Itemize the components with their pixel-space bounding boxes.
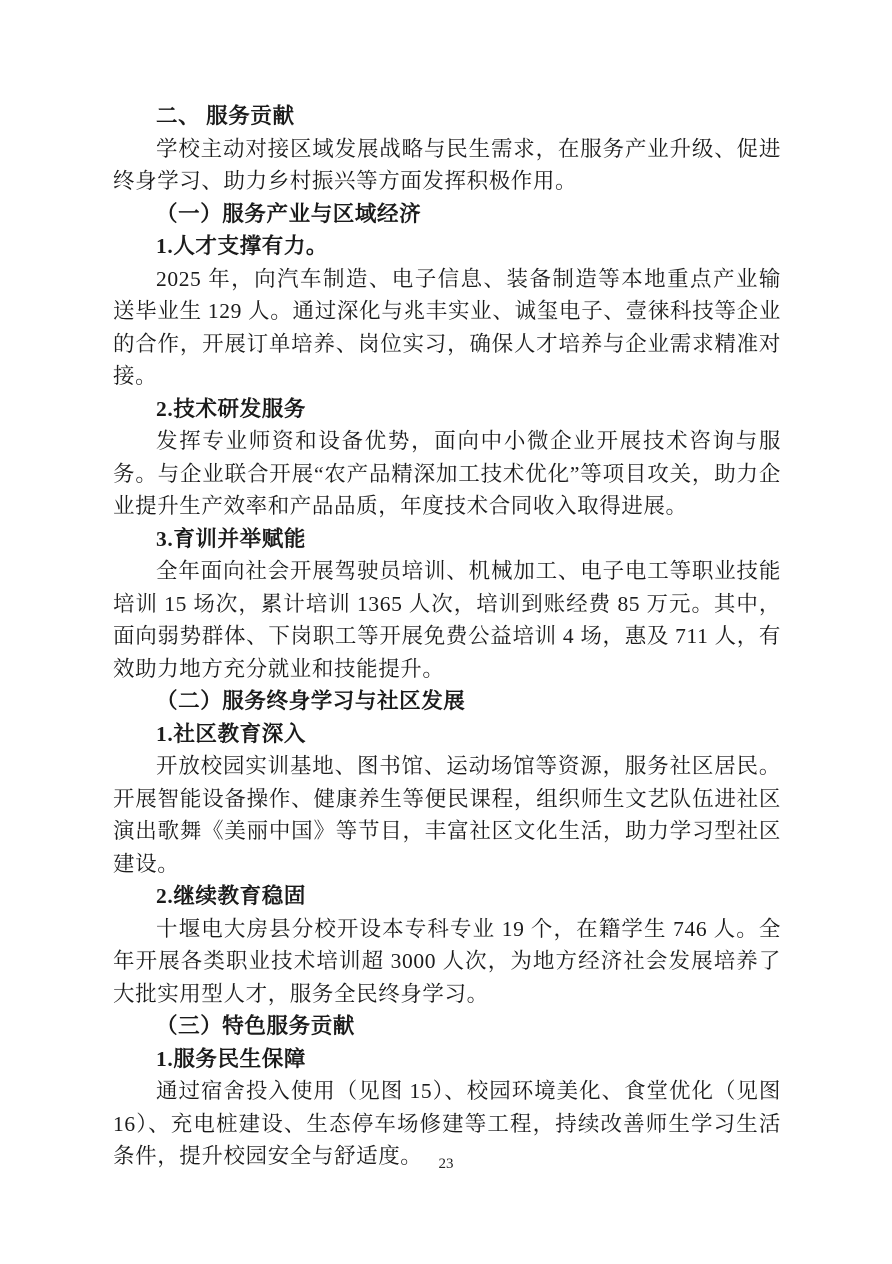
paragraph-3: 发挥专业师资和设备优势，面向中小微企业开展技术咨询与服务。与企业联合开展“农产品… (113, 425, 781, 523)
heading-8: 2.继续教育稳固 (113, 880, 781, 913)
paragraph-2: 2025 年，向汽车制造、电子信息、装备制造等本地重点产业输送毕业生 129 人… (113, 263, 781, 393)
heading-6: （二）服务终身学习与社区发展 (113, 685, 781, 718)
document-page: 二、 服务贡献学校主动对接区域发展战略与民生需求，在服务产业升级、促进终身学习、… (0, 0, 892, 1264)
heading-7: 1.社区教育深入 (113, 718, 781, 751)
page-number: 23 (0, 1156, 892, 1173)
paragraph-1: 学校主动对接区域发展战略与民生需求，在服务产业升级、促进终身学习、助力乡村振兴等… (113, 133, 781, 198)
heading-9: （三）特色服务贡献 (113, 1010, 781, 1043)
heading-5: 3.育训并举赋能 (113, 523, 781, 556)
heading-10: 1.服务民生保障 (113, 1043, 781, 1076)
heading-3: 1.人才支撑有力。 (113, 230, 781, 263)
heading-4: 2.技术研发服务 (113, 393, 781, 426)
document-content: 二、 服务贡献学校主动对接区域发展战略与民生需求，在服务产业升级、促进终身学习、… (113, 100, 781, 1173)
paragraph-4: 全年面向社会开展驾驶员培训、机械加工、电子电工等职业技能培训 15 场次，累计培… (113, 555, 781, 685)
paragraph-5: 开放校园实训基地、图书馆、运动场馆等资源，服务社区居民。开展智能设备操作、健康养… (113, 750, 781, 880)
paragraph-6: 十堰电大房县分校开设本专科专业 19 个，在籍学生 746 人。全年开展各类职业… (113, 913, 781, 1011)
heading-2: （一）服务产业与区域经济 (113, 198, 781, 231)
heading-1: 二、 服务贡献 (113, 100, 781, 133)
